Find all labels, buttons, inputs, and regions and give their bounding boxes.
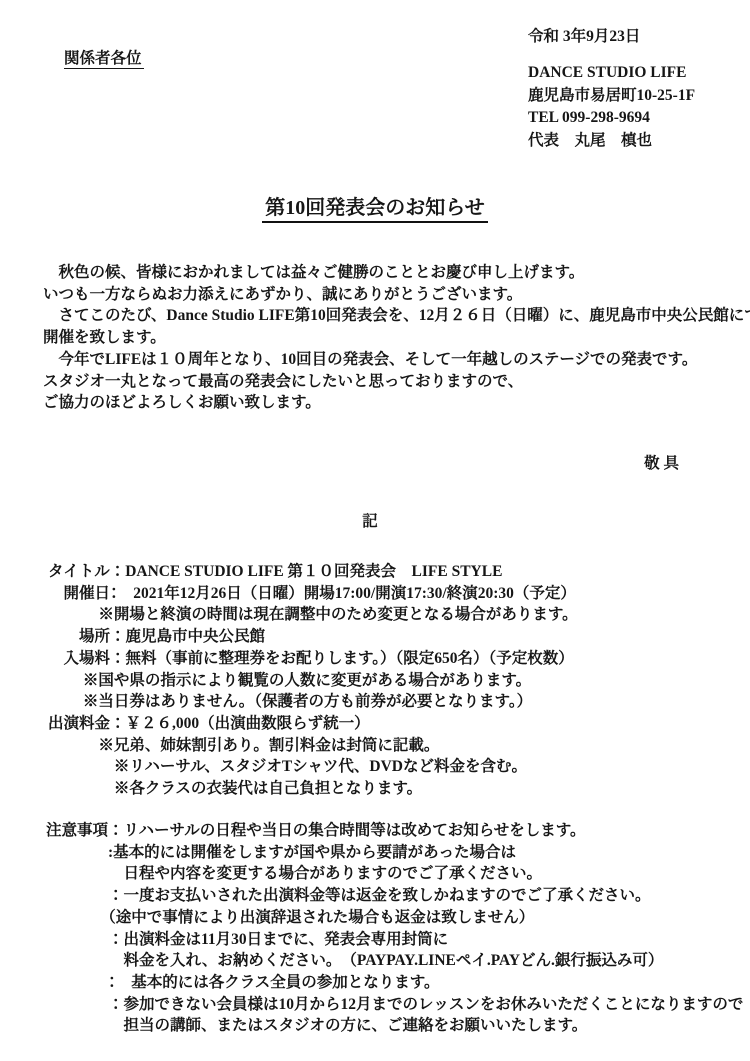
note-line: ： 基本的には各クラス全員の参加となります。 [46,972,743,994]
detail-line-fee-note2: ※リハーサル、スタジオTシャツ代、DVDなど料金を含む。 [48,756,578,778]
letter-page: 令和 3年9月23日 関係者各位 DANCE STUDIO LIFE 鹿児島市易… [0,0,750,1061]
detail-line-admission-note1: ※国や県の指示により観覧の人数に変更がある場合があります。 [48,670,578,692]
body-line: ご協力のほどよろしくお願い致します。 [43,392,750,414]
detail-line-date: 開催日： 2021年12月26日（日曜）開場17:00/開演17:30/終演20… [48,583,578,605]
body-line: スタジオ一丸となって最高の発表会にしたいと思っておりますので、 [43,371,750,393]
note-line: ：出演料金は11月30日までに、発表会専用封筒に [46,929,743,951]
note-line: 担当の講師、またはスタジオの方に、ご連絡をお願いいたします。 [46,1015,743,1037]
detail-line-place: 場所：鹿児島市中央公民館 [48,626,578,648]
detail-line-admission: 入場料：無料（事前に整理券をお配りします。）（限定650名）（予定枚数） [48,648,578,670]
detail-line-admission-note2: ※当日券はありません。（保護者の方も前券が必要となります。） [48,691,578,713]
detail-line-fee-note3: ※各クラスの衣装代は自己負担となります。 [48,778,578,800]
record-marker: 記 [0,511,740,533]
detail-line-fee: 出演料金：￥２６,000（出演曲数限らず統一） [48,713,578,735]
detail-line-fee-note1: ※兄弟、姉妹割引あり。割引料金は封筒に記載。 [48,735,578,757]
body-line: 開催を致します。 [43,327,750,349]
note-line: ：一度お支払いされた出演料金等は返金を致しかねますのでご了承ください。 [46,885,743,907]
greeting-paragraphs: 秋色の候、皆様におかれましては益々ご健勝のこととお慶び申し上げます。 いつも一方… [43,262,750,414]
note-line: 料金を入れ、お納めください。 （PAYPAY.LINEペイ.PAYどん.銀行振込… [46,950,743,972]
sender-address: 鹿児島市易居町10-25-1F [528,85,695,108]
title-row: 第10回発表会のお知らせ [0,191,750,223]
body-line: いつも一方ならぬお力添えにあずかり、誠にありがとうございます。 [43,284,750,306]
body-line: 今年でLIFEは１０周年となり、10回目の発表会、そして一年越しのステージでの発… [43,349,750,371]
letter-date: 令和 3年9月23日 [528,26,640,48]
sender-block: DANCE STUDIO LIFE 鹿児島市易居町10-25-1F TEL 09… [528,62,695,152]
note-line: （途中で事情により出演辞退された場合も返金は致しません） [46,907,743,929]
sender-name: DANCE STUDIO LIFE [528,62,695,85]
body-line: さてこのたび、Dance Studio LIFE第10回発表会を、12月２６日（… [43,305,750,327]
notes-section: 注意事項：リハーサルの日程や当日の集合時間等は改めてお知らせをします。 :基本的… [46,820,743,1037]
closing-word: 敬 具 [0,453,679,475]
detail-line-date-note: ※開場と終演の時間は現在調整中のため変更となる場合があります。 [48,604,578,626]
body-line: 秋色の候、皆様におかれましては益々ご健勝のこととお慶び申し上げます。 [43,262,750,284]
event-details: タイトル：DANCE STUDIO LIFE 第１０回発表会 LIFE STYL… [48,561,578,800]
note-line: ：参加できない会員様は10月から12月までのレッスンをお休みいただくことになりま… [46,994,743,1016]
recipient-line: 関係者各位 [64,46,144,68]
note-line: 日程や内容を変更する場合がありますのでご了承ください。 [46,863,743,885]
recipient-text: 関係者各位 [64,50,144,69]
note-line: :基本的には開催をしますが国や県から要請があった場合は [46,842,743,864]
note-line: 注意事項：リハーサルの日程や当日の集合時間等は改めてお知らせをします。 [46,820,743,842]
sender-tel: TEL 099-298-9694 [528,107,695,130]
detail-line-title: タイトル：DANCE STUDIO LIFE 第１０回発表会 LIFE STYL… [48,561,578,583]
document-title: 第10回発表会のお知らせ [262,191,487,223]
sender-representative: 代表 丸尾 槙也 [528,130,695,153]
